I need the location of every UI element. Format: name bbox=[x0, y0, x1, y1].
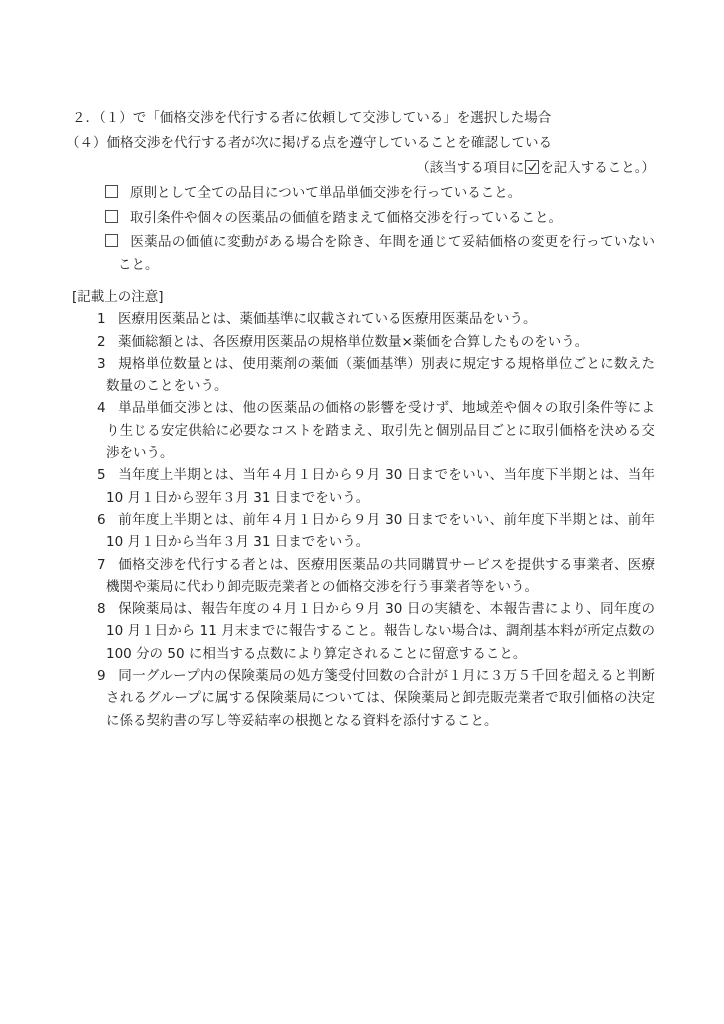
note-item-number: 3 bbox=[97, 353, 118, 375]
note-item-text: 単品単価交渉とは、他の医薬品の価格の影響を受けず、地域差や個々の取引条件等により… bbox=[106, 400, 655, 461]
note-item: 7価格交渉を代行する者とは、医療用医薬品の共同購買サービスを提供する事業者、医療… bbox=[106, 554, 655, 599]
note-item: 6前年度上半期とは、前年４月１日から９月 30 日までをいい、前年度下半期とは、… bbox=[106, 509, 655, 554]
section-heading: ２．（１）で「価格交渉を代行する者に依頼して交渉している」を選択した場合 bbox=[72, 107, 655, 129]
checkbox-instruction-post: を記入すること。） bbox=[540, 160, 655, 176]
note-item: 8保険薬局は、報告年度の４月１日から９月 30 日の実績を、本報告書により、同年… bbox=[106, 598, 655, 665]
checkbox-instruction: （該当する項目にを記入すること。） bbox=[0, 157, 655, 179]
checklist-item: 原則として全ての品目について単品単価交渉を行っていること。 bbox=[105, 182, 655, 205]
note-item-number: 1 bbox=[97, 308, 118, 330]
note-item-number: 8 bbox=[97, 598, 118, 620]
subsection-heading: （４）価格交渉を代行する者が次に掲げる点を遵守していることを確認している bbox=[66, 132, 655, 154]
note-item: 3規格単位数量とは、使用薬剤の薬価（薬価基準）別表に規定する規格単位ごとに数えた… bbox=[106, 353, 655, 398]
checkbox-icon[interactable] bbox=[105, 185, 118, 198]
note-item: 5当年度上半期とは、当年４月１日から９月 30 日までをいい、当年度下半期とは、… bbox=[106, 464, 655, 509]
checklist-item: 医薬品の価値に変動がある場合を除き、年間を通じて妥結価格の変更を行っていないこと… bbox=[105, 231, 655, 276]
note-item-text: 同一グループ内の保険薬局の処方箋受付回数の合計が１月に３万５千回を超えると判断さ… bbox=[106, 668, 655, 729]
note-item-text: 保険薬局は、報告年度の４月１日から９月 30 日の実績を、本報告書により、同年度… bbox=[106, 601, 655, 662]
note-item: 2薬価総額とは、各医療用医薬品の規格単位数量×薬価を合算したものをいう。 bbox=[106, 331, 655, 353]
checklist-item-text: 医薬品の価値に変動がある場合を除き、年間を通じて妥結価格の変更を行っていないこと… bbox=[118, 234, 655, 273]
checkbox-instruction-pre: （該当する項目に bbox=[416, 160, 524, 176]
note-item-text: 医療用医薬品とは、薬価基準に収載されている医療用医薬品をいう。 bbox=[118, 311, 537, 327]
note-item-text: 薬価総額とは、各医療用医薬品の規格単位数量×薬価を合算したものをいう。 bbox=[118, 334, 588, 350]
checkbox-icon[interactable] bbox=[105, 234, 118, 247]
checked-box-icon bbox=[525, 160, 539, 174]
checklist-item: 取引条件や個々の医薬品の価値を踏まえて価格交渉を行っていること。 bbox=[105, 207, 655, 230]
note-item-text: 規格単位数量とは、使用薬剤の薬価（薬価基準）別表に規定する規格単位ごとに数えた数… bbox=[106, 356, 655, 394]
notes-section-title: [記載上の注意] bbox=[72, 286, 655, 308]
checklist-item-text: 取引条件や個々の医薬品の価値を踏まえて価格交渉を行っていること。 bbox=[130, 210, 562, 226]
note-item: 4単品単価交渉とは、他の医薬品の価格の影響を受けず、地域差や個々の取引条件等によ… bbox=[106, 397, 655, 464]
note-item-number: 6 bbox=[97, 509, 118, 531]
notes-list: 1医療用医薬品とは、薬価基準に収載されている医療用医薬品をいう。 2薬価総額とは… bbox=[0, 308, 724, 732]
note-item-text: 前年度上半期とは、前年４月１日から９月 30 日までをいい、前年度下半期とは、前… bbox=[106, 512, 655, 550]
note-item-number: 5 bbox=[97, 464, 118, 486]
document-page: ２．（１）で「価格交渉を代行する者に依頼して交渉している」を選択した場合 （４）… bbox=[0, 0, 724, 1024]
compliance-checklist: 原則として全ての品目について単品単価交渉を行っていること。 取引条件や個々の医薬… bbox=[0, 182, 724, 276]
checklist-item-text: 原則として全ての品目について単品単価交渉を行っていること。 bbox=[130, 185, 521, 201]
note-item-number: 7 bbox=[97, 554, 118, 576]
note-item-number: 2 bbox=[97, 331, 118, 353]
note-item-text: 価格交渉を代行する者とは、医療用医薬品の共同購買サービスを提供する事業者、医療機… bbox=[106, 557, 655, 595]
note-item: 1医療用医薬品とは、薬価基準に収載されている医療用医薬品をいう。 bbox=[106, 308, 655, 330]
note-item: 9同一グループ内の保険薬局の処方箋受付回数の合計が１月に３万５千回を超えると判断… bbox=[106, 665, 655, 732]
note-item-text: 当年度上半期とは、当年４月１日から９月 30 日までをいい、当年度下半期とは、当… bbox=[106, 467, 655, 505]
note-item-number: 4 bbox=[97, 397, 118, 419]
note-item-number: 9 bbox=[97, 665, 118, 687]
checkbox-icon[interactable] bbox=[105, 210, 118, 223]
